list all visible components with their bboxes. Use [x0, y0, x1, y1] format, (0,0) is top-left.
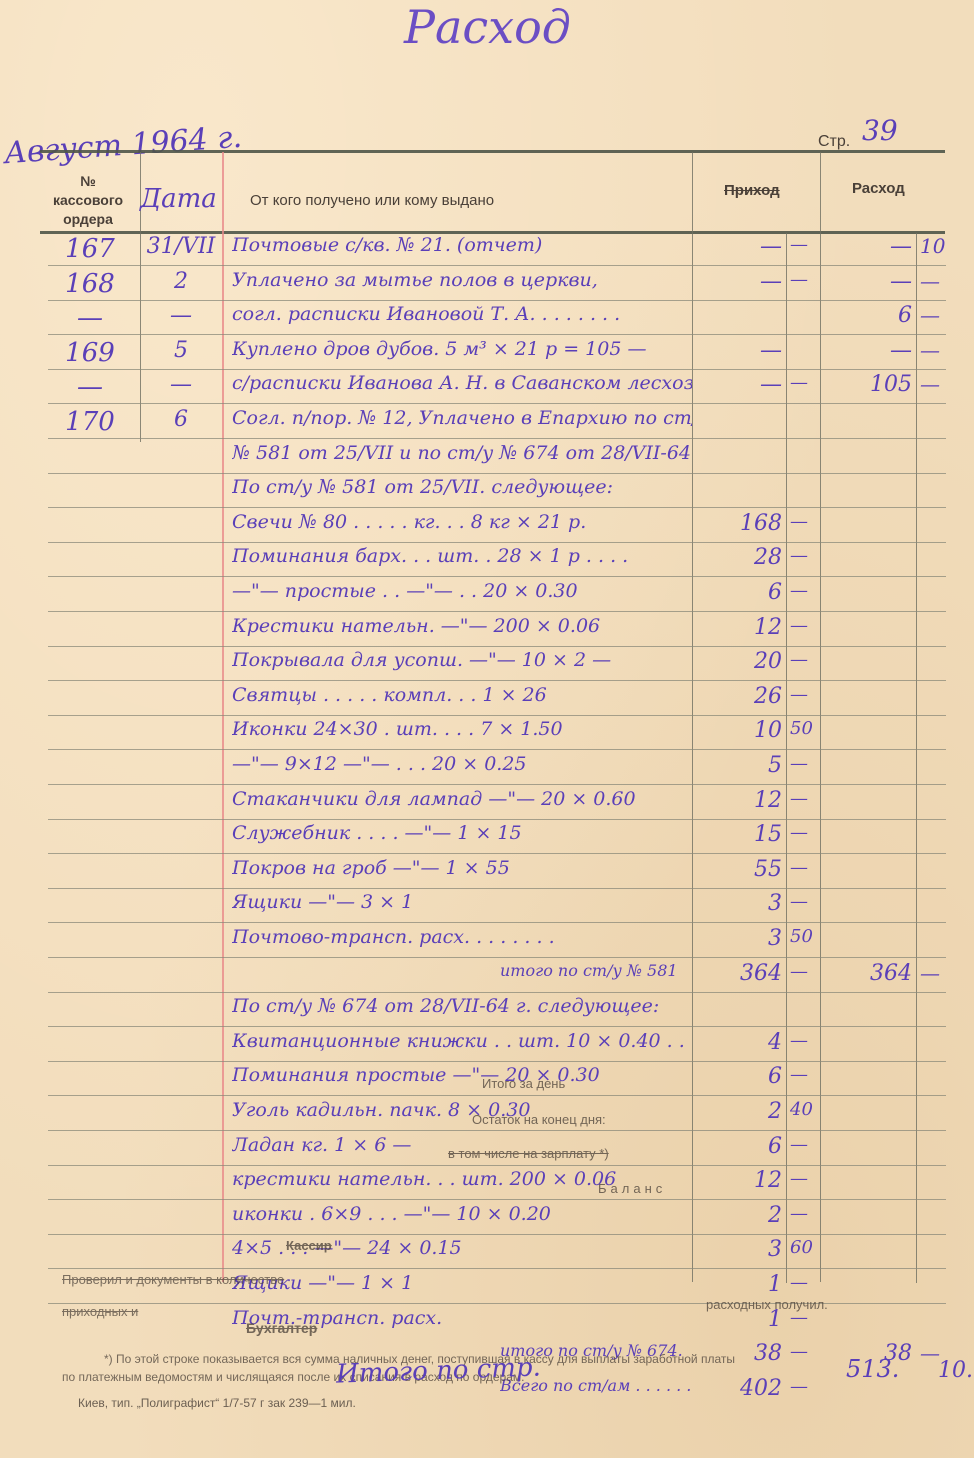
income-kopecks: — — [790, 511, 818, 532]
income-rubles: 12 — [700, 1168, 782, 1193]
header-order-no-l2: кассового — [38, 191, 138, 210]
income-kopecks: — — [790, 788, 818, 809]
header-order-no-l1: № — [38, 172, 138, 191]
income-kopecks: — — [790, 1168, 818, 1189]
row-description: Святцы . . . . . компл. . . 1 × 26 — [232, 684, 692, 706]
header-expense: Расход — [852, 180, 905, 197]
income-kopecks: — — [790, 1134, 818, 1155]
order-date: 5 — [144, 338, 218, 363]
expense-rubles: — — [826, 338, 912, 363]
ledger-row: Поминания барх. . . шт. . 28 × 1 р . . .… — [0, 543, 974, 577]
order-number: 170 — [44, 407, 136, 437]
order-date: — — [144, 303, 218, 328]
row-description: Стаканчики для лампад —"— 20 × 0.60 — [232, 788, 692, 810]
row-description: Покрывала для усопш. —"— 10 × 2 — — [232, 649, 692, 671]
income-kopecks: — — [790, 1064, 818, 1085]
income-kopecks: — — [790, 1376, 818, 1397]
row-description: иконки . 6×9 . . . —"— 10 × 0.20 — [232, 1203, 692, 1225]
ledger-row: Ящики —"— 3 × 13— — [0, 889, 974, 923]
income-kopecks: 40 — [790, 1099, 818, 1120]
form-cashier: Кассир — [286, 1238, 332, 1253]
expense-rubles: — — [826, 234, 912, 259]
form-balance: Баланс — [598, 1181, 666, 1196]
income-rubles: 2 — [700, 1099, 782, 1124]
header-income: Приход — [724, 182, 780, 199]
order-number: 167 — [44, 234, 136, 264]
ledger-row: 1706Согл. п/пор. № 12, Уплачено в Епархи… — [0, 405, 974, 439]
row-description: Квитанционные книжки . . шт. 10 × 0.40 .… — [232, 1030, 692, 1052]
ledger-row: Покрывала для усопш. —"— 10 × 2 —20— — [0, 647, 974, 681]
row-description: Поминания барх. . . шт. . 28 × 1 р . . .… — [232, 545, 692, 567]
ledger-row: 1695Куплено дров дубов. 5 м³ × 21 р = 10… — [0, 336, 974, 370]
form-checked: Проверил и документы в количестве — [62, 1272, 284, 1287]
expense-kopecks: — — [920, 372, 960, 396]
row-description: Иконки 24×30 . шт. . . . 7 × 1.50 — [232, 718, 692, 740]
income-kopecks: — — [790, 1272, 818, 1293]
ledger-row: Служебник . . . . —"— 1 × 1515— — [0, 820, 974, 854]
header-order-no: № кассового ордера — [38, 172, 138, 229]
order-date: 2 — [144, 269, 218, 294]
income-kopecks: — — [790, 961, 818, 982]
income-kopecks: — — [790, 269, 818, 290]
row-description: Служебник . . . . —"— 1 × 15 — [232, 822, 692, 844]
expense-kopecks: — — [920, 961, 960, 985]
row-description: Уплачено за мытье полов в церкви, — [232, 269, 692, 291]
income-rubles: 3 — [700, 926, 782, 951]
income-rubles: 28 — [700, 545, 782, 570]
expense-rubles: — — [826, 269, 912, 294]
row-description: с/расписки Иванова А. Н. в Саванском лес… — [232, 372, 692, 394]
income-rubles: 55 — [700, 857, 782, 882]
form-total-day: Итого за день — [482, 1076, 565, 1091]
income-kopecks: — — [790, 753, 818, 774]
order-number: 169 — [44, 338, 136, 368]
income-rubles: — — [700, 372, 782, 397]
ledger-row: По ст/у № 581 от 25/VII. следующее: — [0, 474, 974, 508]
form-incoming: приходных и — [62, 1304, 138, 1319]
ledger-row: Почт.-трансп. расх.1— — [0, 1305, 974, 1339]
income-kopecks: 50 — [790, 718, 818, 739]
header-top-rule — [40, 150, 945, 153]
page-label: Стр. — [818, 133, 850, 151]
page-number: 39 — [862, 114, 898, 147]
expense-kopecks: — — [920, 303, 960, 327]
row-description: Куплено дров дубов. 5 м³ × 21 р = 105 — — [232, 338, 692, 360]
income-rubles: 5 — [700, 753, 782, 778]
page-title: Расход — [404, 0, 571, 54]
page-total-rubles: 513. — [846, 1355, 899, 1383]
ledger-row: Иконки 24×30 . шт. . . . 7 × 1.501050 — [0, 716, 974, 750]
income-rubles: — — [700, 338, 782, 363]
ledger-row: Свечи № 80 . . . . . кг. . . 8 кг × 21 р… — [0, 509, 974, 543]
header-description: От кого получено или кому выдано — [250, 192, 494, 209]
ledger-row: —"— 9×12 —"— . . . 20 × 0.255— — [0, 751, 974, 785]
income-kopecks: — — [790, 545, 818, 566]
row-description: Ящики —"— 1 × 1 — [232, 1272, 692, 1294]
income-kopecks: — — [790, 684, 818, 705]
row-description: Поминания простые —"— 20 × 0.30 — [232, 1064, 692, 1086]
income-rubles: 364 — [700, 961, 782, 986]
header-date: Дата — [140, 184, 217, 214]
income-kopecks: — — [790, 822, 818, 843]
ledger-row: 16731/VIIПочтовые с/кв. № 21. (отчет)———… — [0, 232, 974, 266]
form-imprint: Киев, тип. „Полиграфист“ 1/7-57 г зак 23… — [78, 1396, 356, 1410]
expense-kopecks: — — [920, 338, 960, 362]
row-description: Крестики нательн. —"— 200 × 0.06 — [232, 615, 692, 637]
row-description: № 581 от 25/VII и по ст/у № 674 от 28/VI… — [232, 442, 692, 464]
ledger-row: —"— простые . . —"— . . 20 × 0.306— — [0, 578, 974, 612]
ledger-row: Крестики нательн. —"— 200 × 0.0612— — [0, 613, 974, 647]
income-kopecks: 60 — [790, 1237, 818, 1258]
row-description: —"— 9×12 —"— . . . 20 × 0.25 — [232, 753, 692, 775]
row-description: Почтовые с/кв. № 21. (отчет) — [232, 234, 692, 256]
order-date: — — [144, 372, 218, 397]
row-description: По ст/у № 581 от 25/VII. следующее: — [232, 476, 692, 498]
income-kopecks: — — [790, 891, 818, 912]
row-description: согл. расписки Ивановой Т. А. . . . . . … — [232, 303, 692, 325]
income-rubles: 6 — [700, 1064, 782, 1089]
ledger-row: По ст/у № 674 от 28/VII-64 г. следующее: — [0, 993, 974, 1027]
row-description: Покров на гроб —"— 1 × 55 — [232, 857, 692, 879]
row-description: Почтово-трансп. расх. . . . . . . . — [232, 926, 692, 948]
expense-rubles: 6 — [826, 303, 912, 328]
ledger-row: ——согл. расписки Ивановой Т. А. . . . . … — [0, 301, 974, 335]
expense-kopecks: — — [920, 269, 960, 293]
ledger-row: Святцы . . . . . компл. . . 1 × 2626— — [0, 682, 974, 716]
income-kopecks: — — [790, 615, 818, 636]
ledger-row: иконки . 6×9 . . . —"— 10 × 0.202— — [0, 1201, 974, 1235]
income-kopecks: — — [790, 372, 818, 393]
expense-rubles: 364 — [826, 961, 912, 986]
page-total-kopecks: 10. — [938, 1358, 973, 1383]
ledger-row: Покров на гроб —"— 1 × 5555— — [0, 855, 974, 889]
ledger-row: Квитанционные книжки . . шт. 10 × 0.40 .… — [0, 1028, 974, 1062]
income-rubles: — — [700, 234, 782, 259]
income-rubles: 10 — [700, 718, 782, 743]
income-rubles: 12 — [700, 615, 782, 640]
income-rubles: 2 — [700, 1203, 782, 1228]
ledger-row: Стаканчики для лампад —"— 20 × 0.6012— — [0, 786, 974, 820]
income-kopecks: — — [790, 857, 818, 878]
ledger-row: № 581 от 25/VII и по ст/у № 674 от 28/VI… — [0, 440, 974, 474]
form-balance-end: Остаток на конец дня: — [472, 1112, 606, 1127]
order-number: 168 — [44, 269, 136, 299]
form-incl-salary: в том числе на зарплату *) — [448, 1146, 609, 1161]
income-kopecks: — — [790, 649, 818, 670]
expense-kopecks: 10 — [920, 234, 960, 258]
income-rubles: 3 — [700, 1237, 782, 1262]
form-outgoing: расходных получил. — [706, 1297, 828, 1312]
income-kopecks: — — [790, 580, 818, 601]
row-description: Свечи № 80 . . . . . кг. . . 8 кг × 21 р… — [232, 511, 692, 533]
income-rubles: 26 — [700, 684, 782, 709]
income-rubles: 6 — [700, 580, 782, 605]
income-kopecks: 50 — [790, 926, 818, 947]
income-kopecks: — — [790, 1030, 818, 1051]
ledger-row: 1682Уплачено за мытье полов в церкви,———… — [0, 267, 974, 301]
income-rubles: — — [700, 269, 782, 294]
income-rubles: 1 — [700, 1272, 782, 1297]
row-description: Ящики —"— 3 × 1 — [232, 891, 692, 913]
ledger-row: Почтово-трансп. расх. . . . . . . .350 — [0, 924, 974, 958]
ledger-row: итого по ст/у № 581364—364— — [0, 959, 974, 993]
row-description: Согл. п/пор. № 12, Уплачено в Епархию по… — [232, 407, 692, 429]
expense-rubles: 105 — [826, 372, 912, 397]
income-kopecks: — — [790, 1203, 818, 1224]
income-rubles: 168 — [700, 511, 782, 536]
header-order-no-l3: ордера — [38, 210, 138, 229]
ledger-row: крестики нательн. . . шт. 200 × 0.0612— — [0, 1166, 974, 1200]
form-accountant: Бухгалтер — [246, 1320, 317, 1336]
row-description: —"— простые . . —"— . . 20 × 0.30 — [232, 580, 692, 602]
ledger-row: ——с/расписки Иванова А. Н. в Саванском л… — [0, 370, 974, 404]
income-rubles: 12 — [700, 788, 782, 813]
income-kopecks: — — [790, 1341, 818, 1362]
row-description: Уголь кадильн. пачк. 8 × 0.30 — [232, 1099, 692, 1121]
income-rubles: 20 — [700, 649, 782, 674]
income-rubles: 6 — [700, 1134, 782, 1159]
order-date: 6 — [144, 407, 218, 432]
row-description: По ст/у № 674 от 28/VII-64 г. следующее: — [232, 995, 692, 1017]
order-number: — — [44, 372, 136, 402]
income-rubles: 3 — [700, 891, 782, 916]
income-kopecks: — — [790, 234, 818, 255]
income-rubles: 4 — [700, 1030, 782, 1055]
order-date: 31/VII — [144, 234, 218, 259]
ledger-row: 4×5 . . . —"— 24 × 0.15360 — [0, 1235, 974, 1269]
income-rubles: 402 — [700, 1376, 782, 1401]
income-rubles: 15 — [700, 822, 782, 847]
order-number: — — [44, 303, 136, 333]
